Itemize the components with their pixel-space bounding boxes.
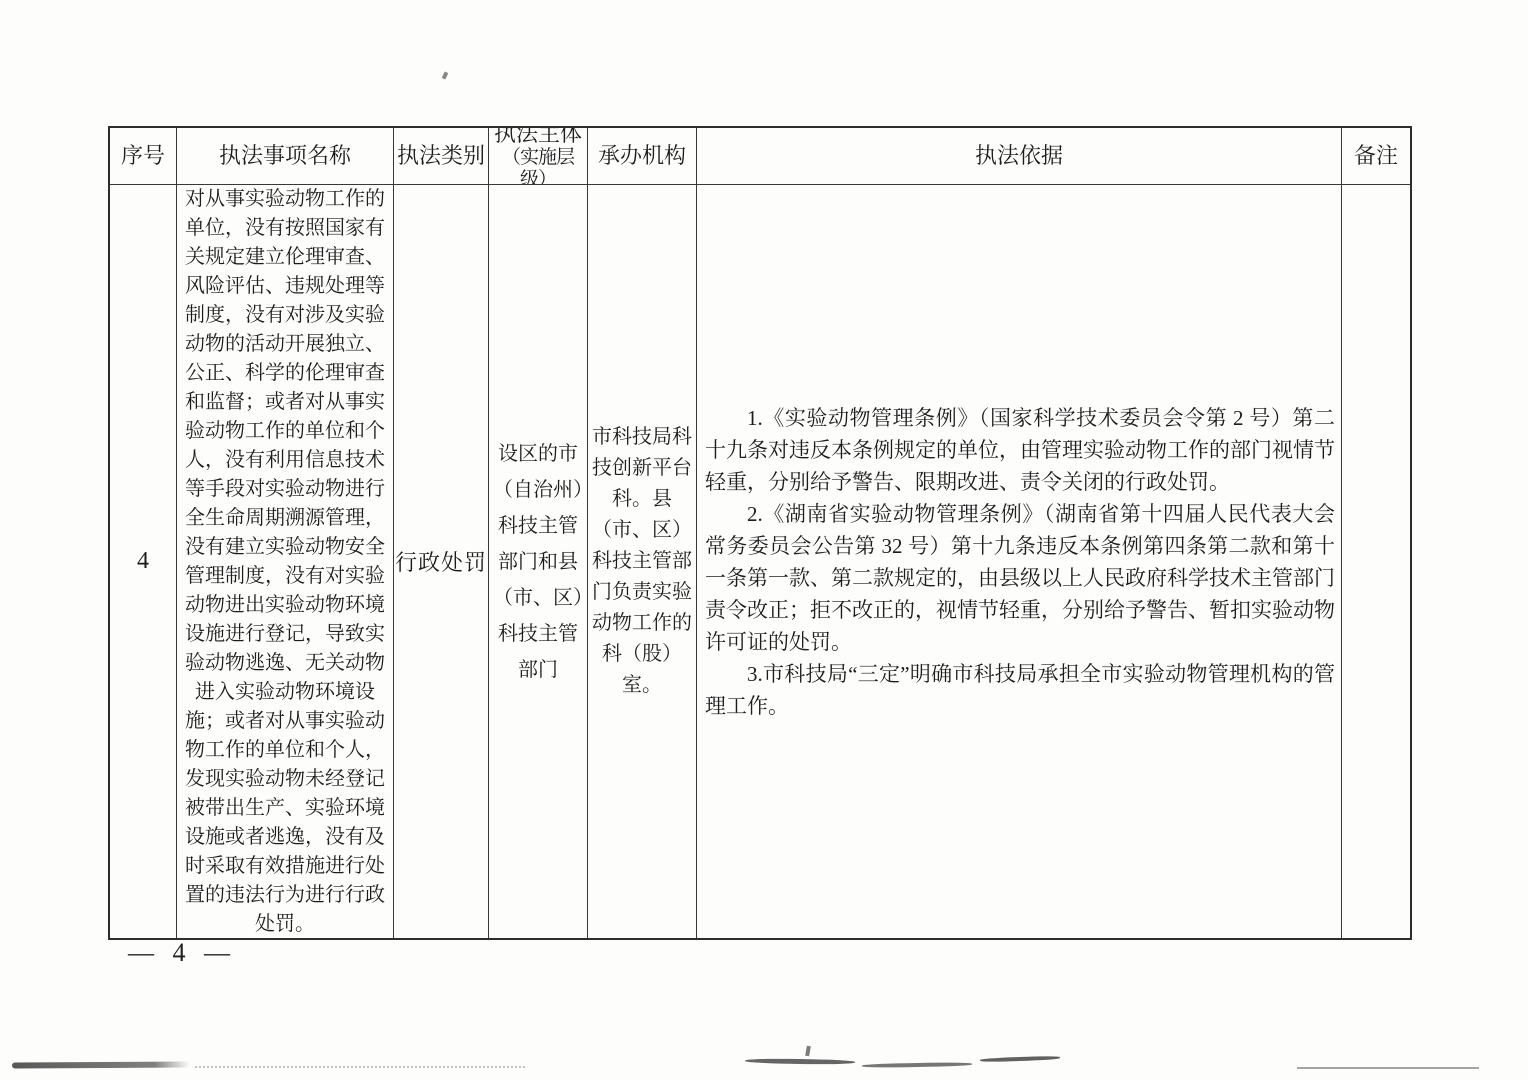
col-header-subject-sub: （实施层级）: [489, 147, 587, 185]
scan-artifact: [442, 71, 449, 79]
col-header-basis: 执法依据: [697, 128, 1342, 185]
cell-item-name: 对从事实验动物工作的单位，没有按照国家有关规定建立伦理审查、风险评估、违规处理等…: [177, 185, 394, 938]
col-header-agency: 承办机构: [588, 128, 697, 185]
col-header-subject-main: 执法主体: [494, 128, 582, 147]
agency-text: 市科技局科技创新平台科。县（市、区）科技主管部门负责实验动物工作的科（股）室。: [588, 422, 696, 701]
page-number: — 4 —: [128, 938, 236, 968]
basis-paragraph: 2.《湖南省实验动物管理条例》（湖南省第十四届人民代表大会常务委员会公告第 32…: [705, 498, 1335, 658]
col-header-item-name: 执法事项名称: [177, 128, 394, 185]
scan-artifact: [805, 1046, 811, 1057]
scanned-document-page: 序号 执法事项名称 执法类别 执法主体 （实施层级） 承办机构 执法依据 备注 …: [0, 0, 1528, 1080]
scan-artifact: [980, 1056, 1060, 1063]
subject-text: 设区的市（自治州）科技主管部门和县（市、区）科技主管部门: [489, 436, 587, 688]
cell-remark: [1342, 185, 1410, 938]
cell-category: 行政处罚: [394, 185, 489, 938]
col-header-subject: 执法主体 （实施层级）: [489, 128, 588, 185]
scan-artifact: [195, 1066, 525, 1068]
scan-artifact: [745, 1058, 855, 1065]
basis-paragraph: 3.市科技局“三定”明确市科技局承担全市实验动物管理机构的管理工作。: [705, 658, 1335, 722]
scan-artifact: [1297, 1067, 1479, 1069]
enforcement-items-table: 序号 执法事项名称 执法类别 执法主体 （实施层级） 承办机构 执法依据 备注 …: [108, 126, 1412, 940]
scan-artifact: [12, 1062, 190, 1069]
col-header-seq: 序号: [110, 128, 177, 185]
cell-subject: 设区的市（自治州）科技主管部门和县（市、区）科技主管部门: [489, 185, 588, 938]
col-header-remark: 备注: [1342, 128, 1410, 185]
scan-artifact: [862, 1062, 972, 1068]
cell-agency: 市科技局科技创新平台科。县（市、区）科技主管部门负责实验动物工作的科（股）室。: [588, 185, 697, 938]
col-header-category: 执法类别: [394, 128, 489, 185]
basis-paragraph: 1.《实验动物管理条例》（国家科学技术委员会令第 2 号）第二十九条对违反本条例…: [705, 402, 1335, 498]
item-name-text: 对从事实验动物工作的单位，没有按照国家有关规定建立伦理审查、风险评估、违规处理等…: [180, 185, 390, 938]
cell-basis: 1.《实验动物管理条例》（国家科学技术委员会令第 2 号）第二十九条对违反本条例…: [697, 185, 1342, 938]
cell-seq: 4: [110, 185, 177, 938]
